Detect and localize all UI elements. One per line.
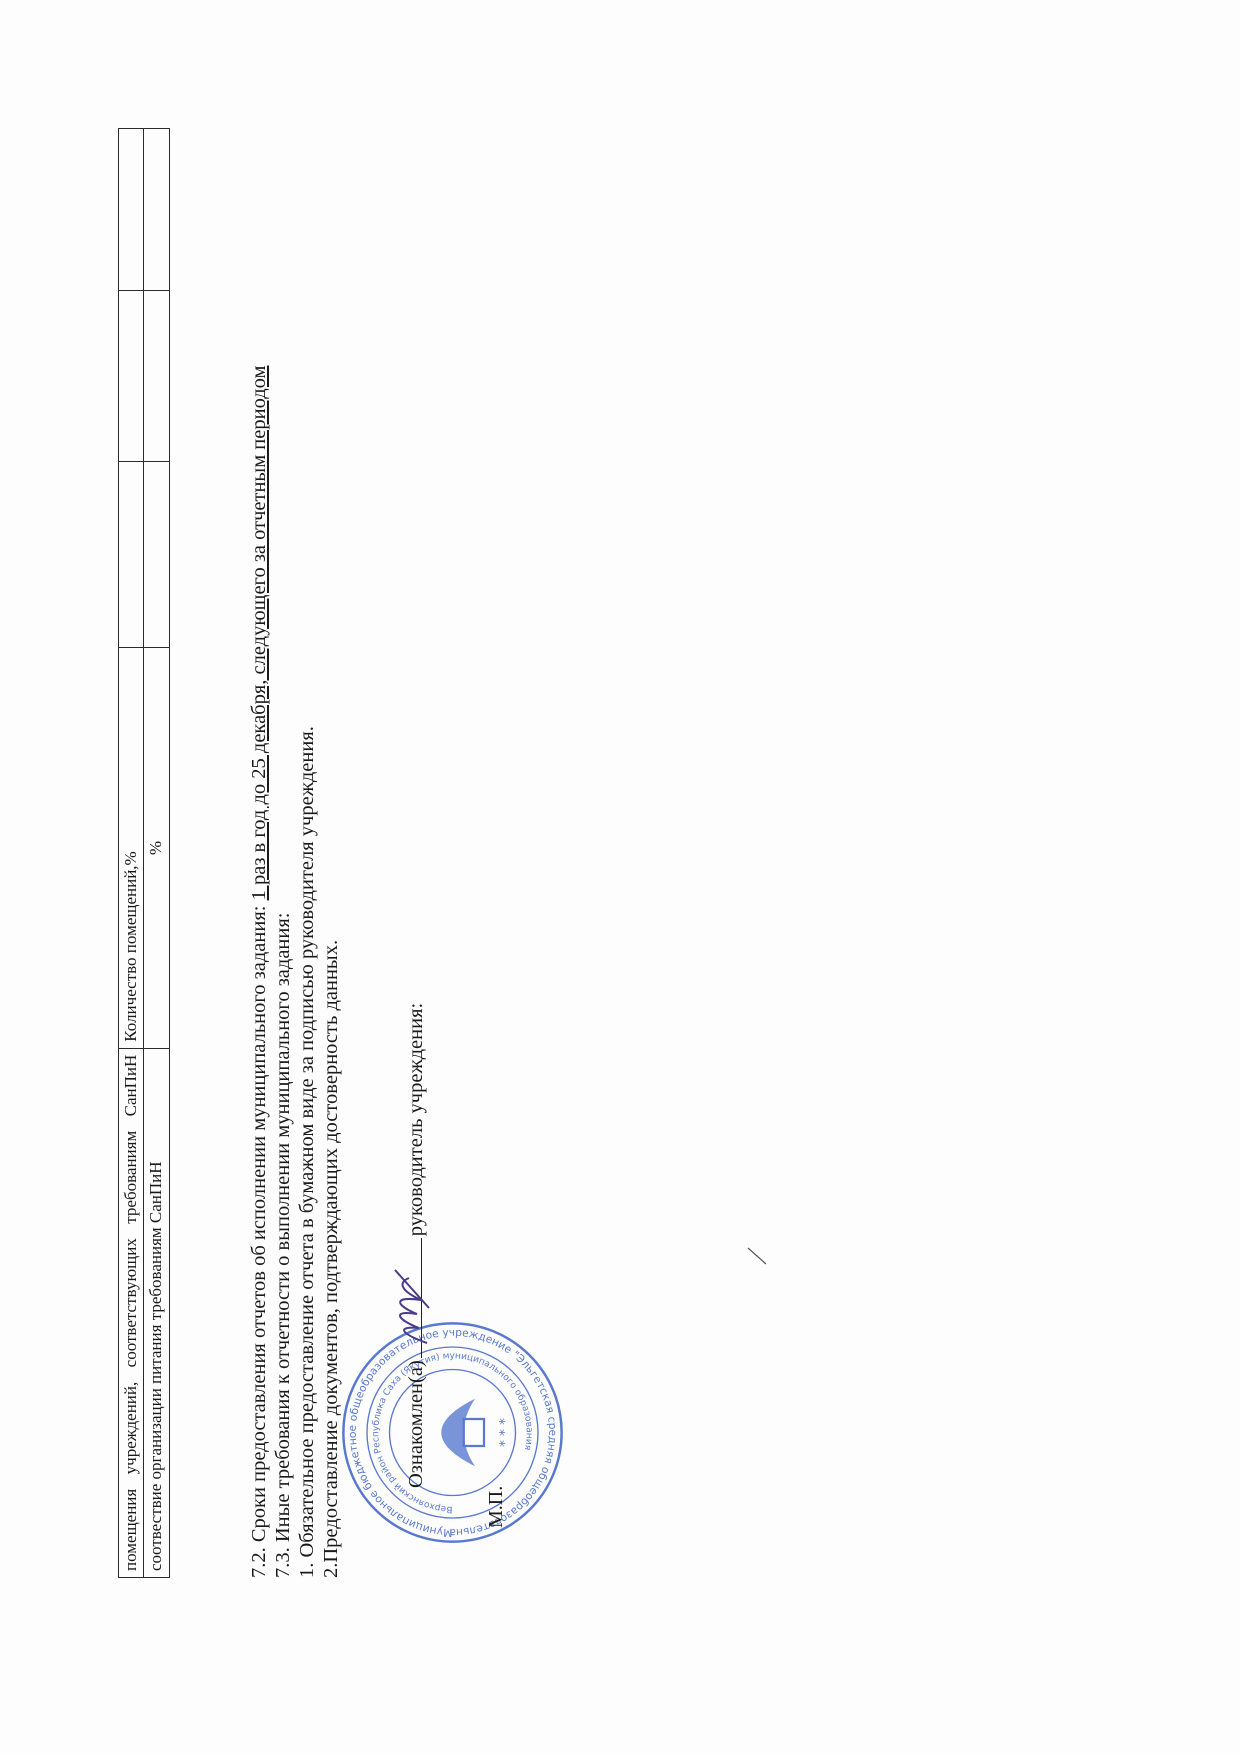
seal-placeholder-label: М.П. [485,1486,508,1528]
table-cell [119,129,144,291]
handwritten-signature-icon [389,1258,434,1348]
table-cell [144,129,169,291]
document-sheet: помещения учреждений, соответствующих тр… [0,0,1240,1753]
table-cell-unit: Количество помещений,% [119,648,144,1048]
deadlines-label: 7.2. Сроки предоставления отчетов об исп… [248,900,270,1578]
table-cell [144,462,169,648]
table-cell [119,462,144,648]
signature-field[interactable] [421,1238,422,1358]
reporting-deadlines: 7.2. Сроки предоставления отчетов об исп… [248,365,271,1578]
table-cell-indicator: помещения учреждений, соответствующих тр… [119,1048,144,1577]
acknowledged-label: Ознакомлен(а) [405,1360,427,1488]
svg-text:* * *: * * * [497,1418,513,1447]
official-stamp-icon: Муниципальное бюджетное общеобразователь… [340,1320,565,1545]
table-row: помещения учреждений, соответствующих тр… [119,129,144,1578]
table-row: соотвествие организации питания требован… [144,129,169,1578]
indicators-table: помещения учреждений, соответствующих тр… [118,128,170,1578]
role-label: руководитель учреждения: [405,1003,427,1236]
other-requirements-heading: 7.3. Иные требования к отчетности о выпо… [272,913,295,1579]
deadlines-value: 1 раз в год до 25 декабря, следующего за… [248,365,270,900]
table-cell [119,290,144,461]
acknowledgement-line: Ознакомлен(а) руководитель учреждения: [405,1003,428,1488]
table-cell-indicator: соотвествие организации питания требован… [144,1048,169,1577]
requirement-item-1: 1. Обязательное предоставление отчета в … [296,726,319,1578]
table-cell [144,290,169,461]
pen-mark-icon [740,1238,770,1268]
table-cell-unit: % [144,648,169,1048]
